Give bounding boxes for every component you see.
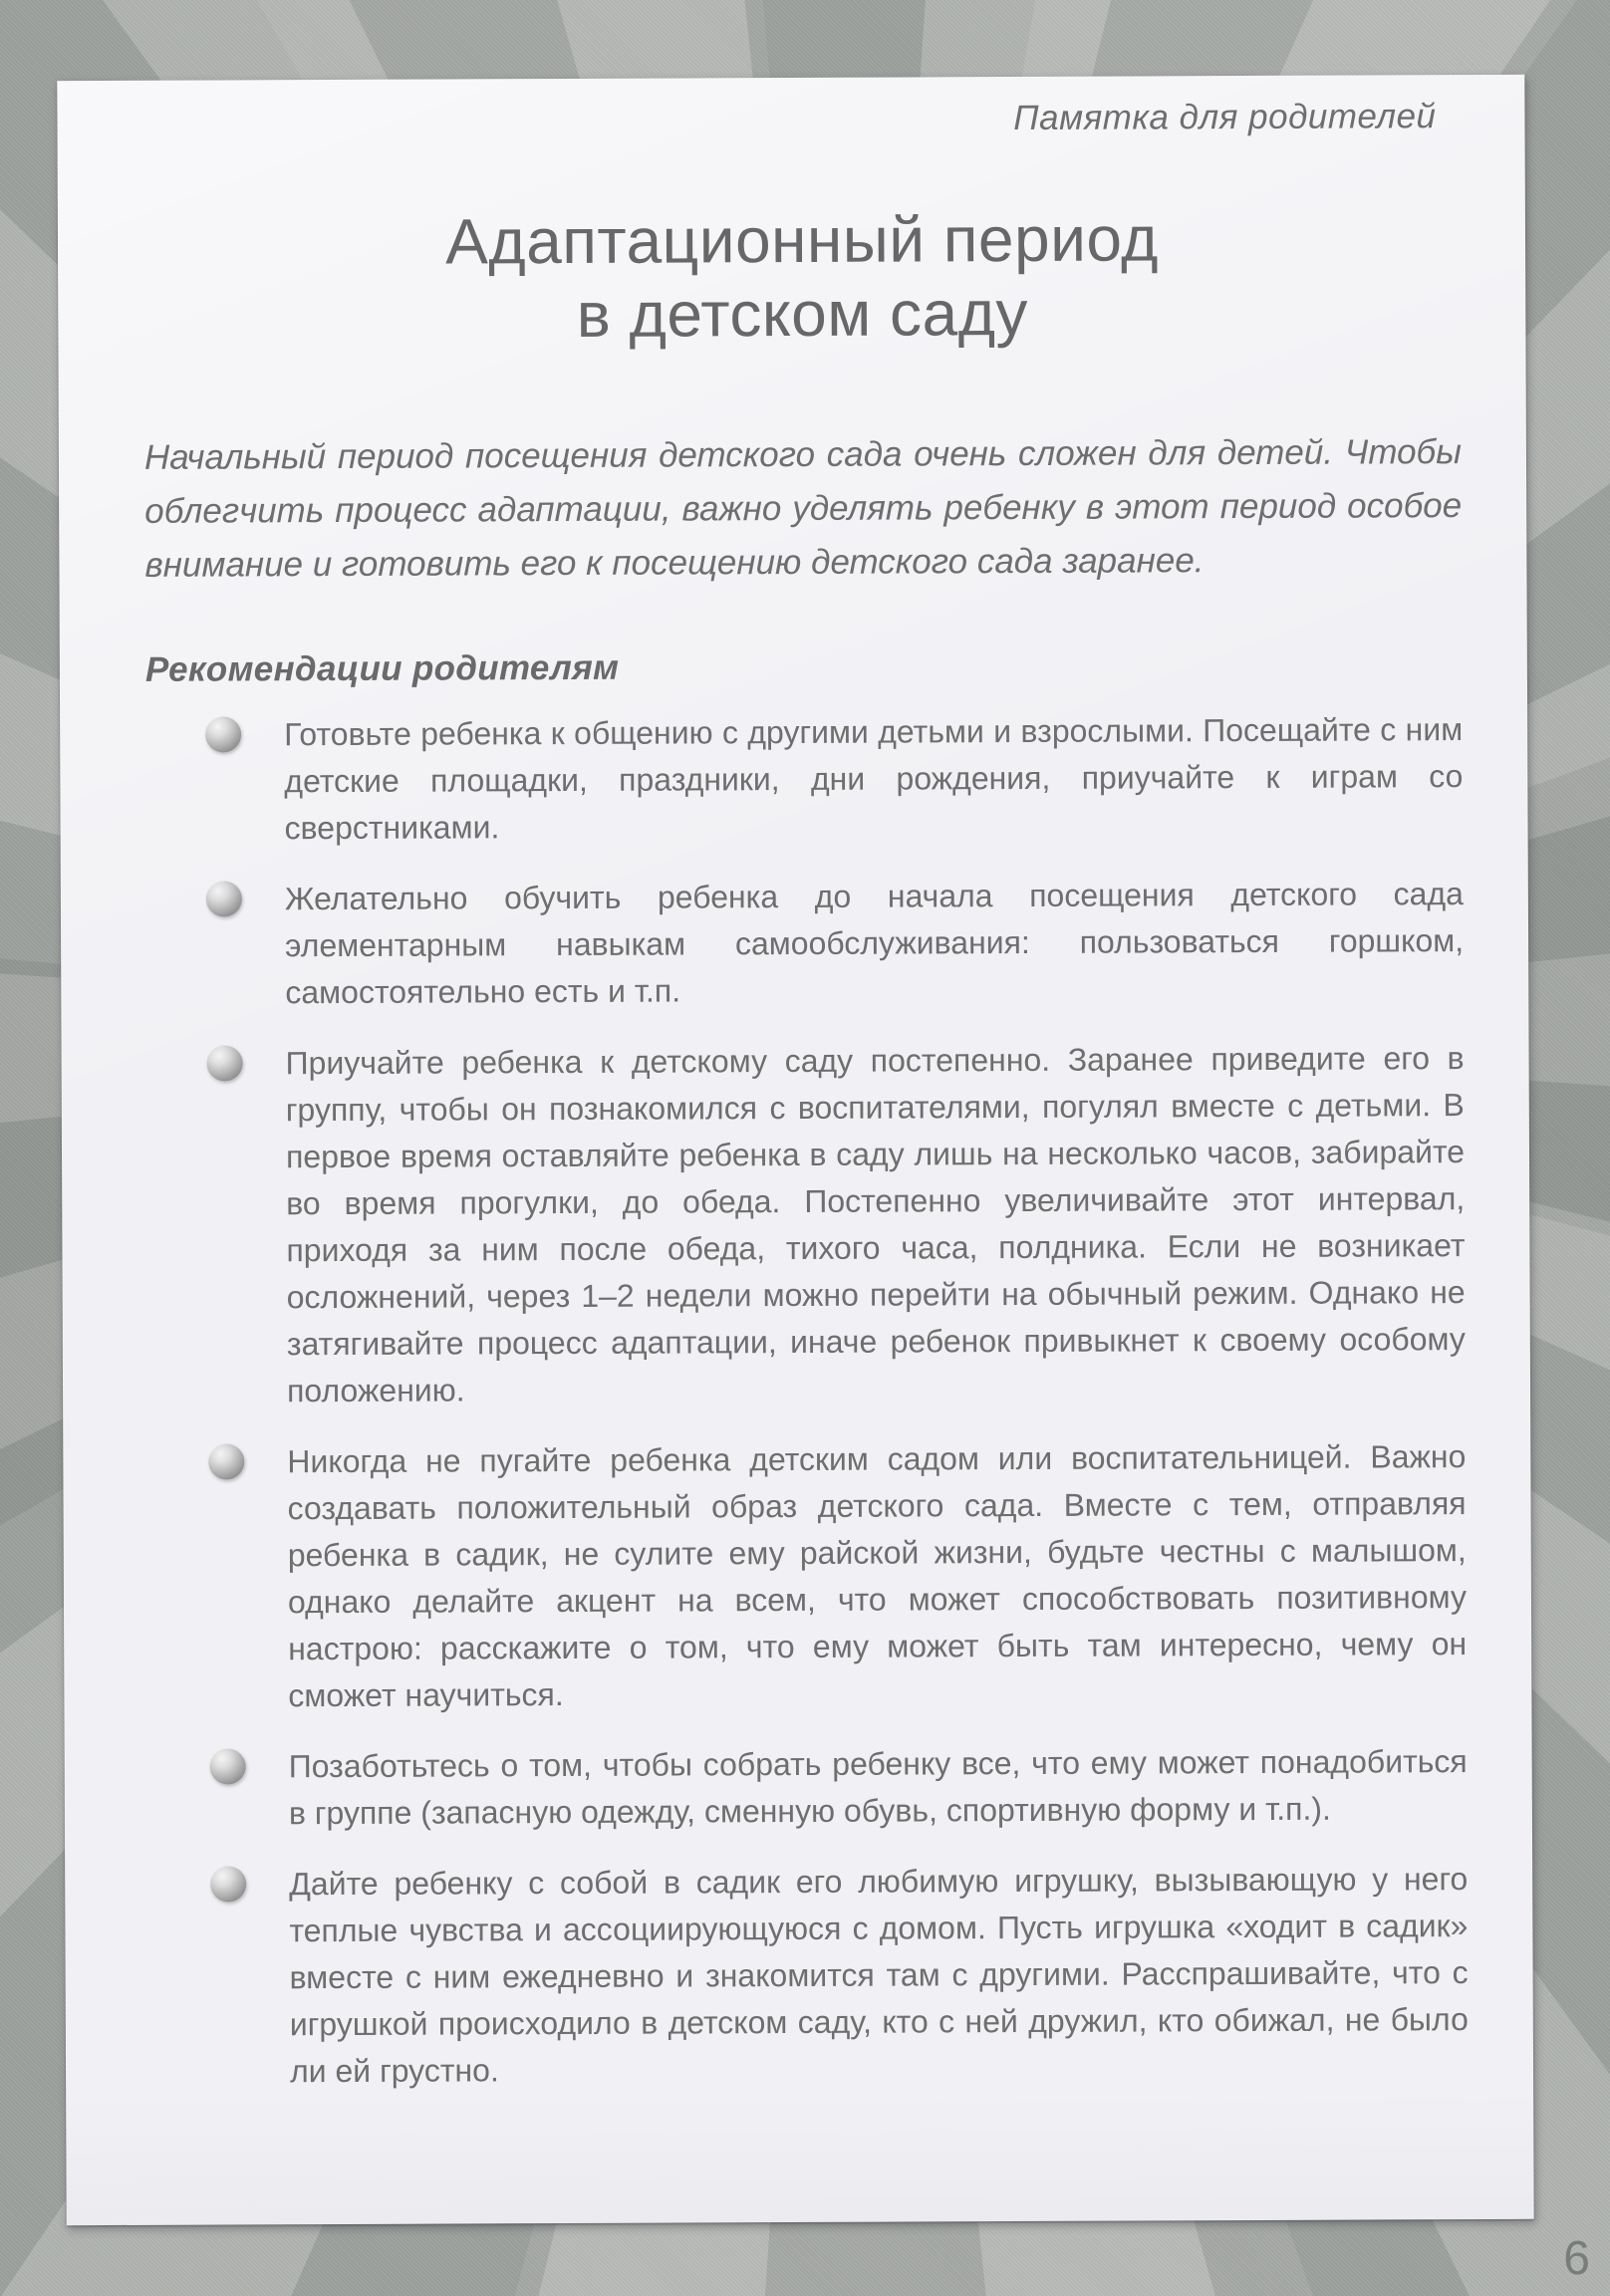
scan-background: Памятка для родителей Адаптационный пери… [0,0,1610,2296]
section-heading: Рекомендации родителям [145,644,1463,690]
list-item: Позаботьтесь о том, чтобы собрать ребенк… [150,1738,1468,1838]
bullet-sphere-icon [208,1443,244,1479]
list-item-text: Готовьте ребенка к общению с другими дет… [284,711,1463,846]
bullet-sphere-icon [210,1866,246,1902]
intro-paragraph: Начальный период посещения детского сада… [144,425,1463,593]
header-note: Памятка для родителей [142,97,1436,142]
document-page: Памятка для родителей Адаптационный пери… [57,75,1533,2225]
list-item-text: Приучайте ребенка к детскому саду постеп… [286,1040,1466,1408]
list-item-text: Никогда не пугайте ребенка детским садом… [287,1438,1467,1713]
list-item-text: Желательно обучить ребенка до начала пос… [285,876,1464,1010]
bullet-sphere-icon [207,1045,243,1081]
page-title: Адаптационный период в детском саду [143,200,1462,354]
title-line-1: Адаптационный период [143,200,1461,280]
bullet-sphere-icon [205,716,241,752]
list-item: Никогда не пугайте ребенка детским садом… [148,1433,1467,1720]
list-item: Дайте ребенку с собой в садик его любиму… [150,1856,1469,2096]
recommendations-list: Готовьте ребенка к общению с другими дет… [145,706,1469,2096]
list-item-text: Позаботьтесь о том, чтобы собрать ребенк… [289,1743,1468,1831]
bullet-sphere-icon [210,1748,246,1784]
page-number: 6 [1563,2231,1590,2286]
list-item: Готовьте ребенка к общению с другими дет… [145,706,1464,853]
list-item: Желательно обучить ребенка до начала пос… [146,871,1465,1017]
list-item-text: Дайте ребенку с собой в садик его любиму… [289,1861,1469,2089]
list-item: Приучайте ребенка к детскому саду постеп… [147,1035,1467,1415]
bullet-sphere-icon [206,881,242,916]
title-line-2: в детском саду [143,274,1461,354]
